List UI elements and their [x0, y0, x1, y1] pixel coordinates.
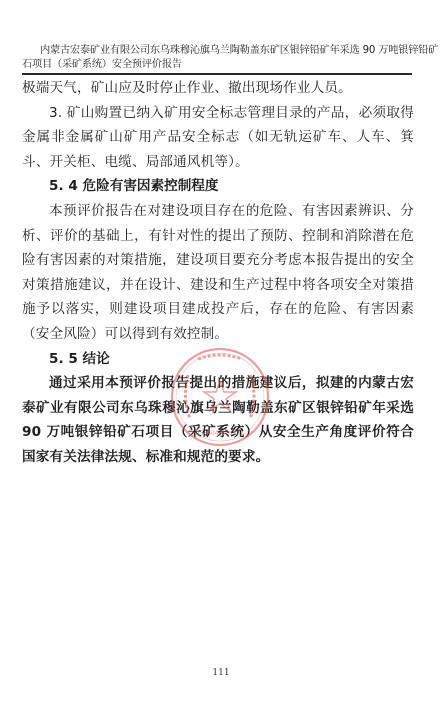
section-5-4-paragraph: 本预评价报告在对建设项目存在的危险、有害因素辨识、分析、评价的基础上，有针对性的…: [22, 199, 414, 347]
section-5-5-heading: 5. 5 结论: [22, 347, 414, 372]
document-body: 极端天气，矿山应及时停止作业、撤出现场作业人员。 3. 矿山购置已纳入矿用安全标…: [22, 76, 414, 470]
header-title-line-1: 内蒙古宏泰矿业有限公司东乌珠穆沁旗乌兰陶勒盖东矿区银锌铅矿年采选 90 万吨银锌…: [22, 44, 412, 58]
header-divider: [22, 73, 412, 75]
item-3-paragraph: 3. 矿山购置已纳入矿用安全标志管理目录的产品，必须取得金属非金属矿山矿用产品安…: [22, 101, 414, 175]
continuation-paragraph: 极端天气，矿山应及时停止作业、撤出现场作业人员。: [22, 76, 414, 101]
document-page: 内蒙古宏泰矿业有限公司东乌珠穆沁旗乌兰陶勒盖东矿区银锌铅矿年采选 90 万吨银锌…: [0, 0, 442, 709]
section-5-5-conclusion: 通过采用本预评价报告提出的措施建议后，拟建的内蒙古宏泰矿业有限公司东乌珠穆沁旗乌…: [22, 371, 414, 469]
section-5-4-heading: 5. 4 危险有害因素控制程度: [22, 174, 414, 199]
page-number: 111: [0, 668, 442, 678]
header-title-line-2: 石项目（采矿系统）安全预评价报告: [22, 58, 412, 72]
running-header: 内蒙古宏泰矿业有限公司东乌珠穆沁旗乌兰陶勒盖东矿区银锌铅矿年采选 90 万吨银锌…: [22, 44, 412, 72]
